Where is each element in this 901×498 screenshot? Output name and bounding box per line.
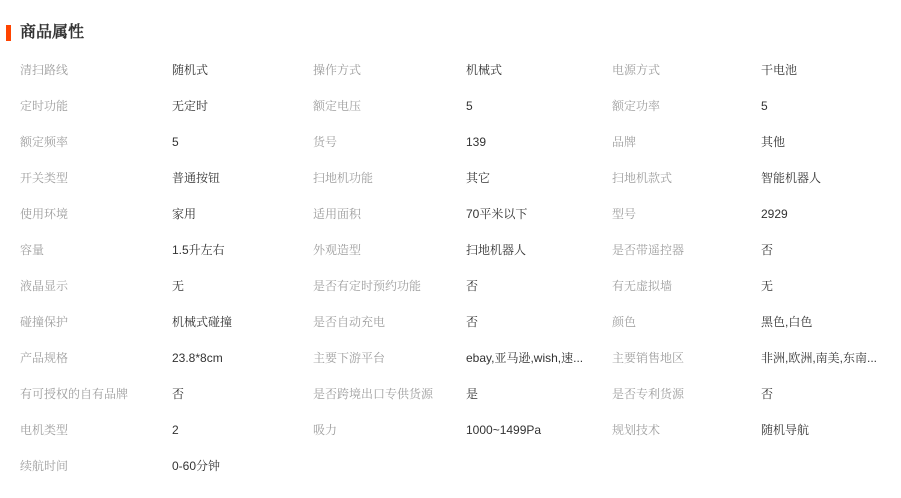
attribute-row: 电源方式干电池 [612, 62, 895, 98]
attribute-label: 型号 [612, 206, 761, 222]
attribute-row: 产品规格23.8*8cm [20, 350, 301, 386]
attribute-row: 有可授权的自有品牌否 [20, 386, 301, 422]
attribute-row: 电机类型2 [20, 422, 301, 458]
attributes-column: 清扫路线随机式定时功能无定时额定频率5开关类型普通按钮使用环境家用容量1.5升左… [20, 62, 301, 494]
attribute-label: 是否有定时预约功能 [313, 278, 466, 294]
attribute-value: 无 [172, 278, 301, 294]
attribute-row: 扫地机功能其它 [313, 170, 600, 206]
attribute-label: 定时功能 [20, 98, 172, 114]
attribute-row: 扫地机款式智能机器人 [612, 170, 895, 206]
attribute-value: 5 [761, 98, 895, 114]
attribute-row: 货号139 [313, 134, 600, 170]
attribute-value: 扫地机器人 [466, 242, 600, 258]
attribute-value: 5 [466, 98, 600, 114]
attribute-row: 颜色黑色,白色 [612, 314, 895, 350]
attribute-value: 2 [172, 422, 301, 438]
attribute-row: 品牌其他 [612, 134, 895, 170]
attribute-label: 是否跨境出口专供货源 [313, 386, 466, 402]
attribute-row: 是否有定时预约功能否 [313, 278, 600, 314]
attribute-label: 电机类型 [20, 422, 172, 438]
section-header: 商品属性 [6, 24, 84, 42]
attribute-row: 规划技术随机导航 [612, 422, 895, 458]
attribute-label: 是否自动充电 [313, 314, 466, 330]
attribute-value: 随机导航 [761, 422, 895, 438]
attribute-label: 主要销售地区 [612, 350, 761, 366]
attribute-value: 1.5升左右 [172, 242, 301, 258]
attribute-value: 23.8*8cm [172, 350, 301, 366]
attribute-label: 使用环境 [20, 206, 172, 222]
attribute-value: 机械式碰撞 [172, 314, 301, 330]
attribute-label: 颜色 [612, 314, 761, 330]
attribute-value: 无定时 [172, 98, 301, 114]
attribute-value: 随机式 [172, 62, 301, 78]
attribute-label: 吸力 [313, 422, 466, 438]
attribute-value: 非洲,欧洲,南美,东南... [761, 350, 895, 366]
attribute-value: 否 [172, 386, 301, 402]
attribute-value: 干电池 [761, 62, 895, 78]
product-attributes-grid: 清扫路线随机式定时功能无定时额定频率5开关类型普通按钮使用环境家用容量1.5升左… [0, 62, 901, 494]
attribute-row: 是否专利货源否 [612, 386, 895, 422]
attribute-label: 容量 [20, 242, 172, 258]
attribute-row: 使用环境家用 [20, 206, 301, 242]
attribute-row: 额定频率5 [20, 134, 301, 170]
attribute-label: 主要下游平台 [313, 350, 466, 366]
attribute-row: 外观造型扫地机器人 [313, 242, 600, 278]
attribute-label: 外观造型 [313, 242, 466, 258]
attribute-value: 黑色,白色 [761, 314, 895, 330]
attribute-row: 液晶显示无 [20, 278, 301, 314]
attribute-value: 是 [466, 386, 600, 402]
attribute-label: 有可授权的自有品牌 [20, 386, 172, 402]
attribute-value: 2929 [761, 206, 895, 222]
attribute-value: 否 [761, 242, 895, 258]
attribute-row: 是否自动充电否 [313, 314, 600, 350]
attribute-value: 否 [761, 386, 895, 402]
attribute-value: 5 [172, 134, 301, 150]
attribute-label: 规划技术 [612, 422, 761, 438]
section-accent-bar [6, 25, 11, 41]
attribute-row: 是否跨境出口专供货源是 [313, 386, 600, 422]
attribute-row: 操作方式机械式 [313, 62, 600, 98]
attribute-row: 是否带遥控器否 [612, 242, 895, 278]
attribute-label: 操作方式 [313, 62, 466, 78]
attribute-value: 否 [466, 278, 600, 294]
attribute-label: 清扫路线 [20, 62, 172, 78]
attribute-value: 其他 [761, 134, 895, 150]
attribute-label: 品牌 [612, 134, 761, 150]
attribute-row: 容量1.5升左右 [20, 242, 301, 278]
attribute-row: 吸力1000~1499Pa [313, 422, 600, 458]
attributes-column: 电源方式干电池额定功率5品牌其他扫地机款式智能机器人型号2929是否带遥控器否有… [612, 62, 895, 458]
attribute-label: 适用面积 [313, 206, 466, 222]
attribute-value: 家用 [172, 206, 301, 222]
attribute-row: 主要销售地区非洲,欧洲,南美,东南... [612, 350, 895, 386]
attribute-row: 开关类型普通按钮 [20, 170, 301, 206]
section-title: 商品属性 [20, 24, 84, 42]
attribute-row: 续航时间0-60分钟 [20, 458, 301, 494]
attribute-label: 额定电压 [313, 98, 466, 114]
attribute-row: 定时功能无定时 [20, 98, 301, 134]
attribute-value: 普通按钮 [172, 170, 301, 186]
attribute-label: 产品规格 [20, 350, 172, 366]
attribute-row: 型号2929 [612, 206, 895, 242]
attribute-value: 139 [466, 134, 600, 150]
attribute-label: 额定频率 [20, 134, 172, 150]
attribute-label: 是否专利货源 [612, 386, 761, 402]
attribute-label: 扫地机款式 [612, 170, 761, 186]
attribute-label: 是否带遥控器 [612, 242, 761, 258]
attribute-value: 1000~1499Pa [466, 422, 600, 438]
attribute-value: 70平米以下 [466, 206, 600, 222]
attribute-value: 无 [761, 278, 895, 294]
attribute-label: 扫地机功能 [313, 170, 466, 186]
attribute-label: 电源方式 [612, 62, 761, 78]
attribute-label: 货号 [313, 134, 466, 150]
attribute-label: 开关类型 [20, 170, 172, 186]
attribute-label: 液晶显示 [20, 278, 172, 294]
attribute-label: 额定功率 [612, 98, 761, 114]
attribute-row: 额定功率5 [612, 98, 895, 134]
attribute-value: ebay,亚马逊,wish,速... [466, 350, 600, 366]
attribute-label: 有无虚拟墙 [612, 278, 761, 294]
attribute-row: 主要下游平台ebay,亚马逊,wish,速... [313, 350, 600, 386]
attribute-row: 适用面积70平米以下 [313, 206, 600, 242]
attribute-row: 有无虚拟墙无 [612, 278, 895, 314]
attribute-row: 清扫路线随机式 [20, 62, 301, 98]
attribute-value: 其它 [466, 170, 600, 186]
attribute-label: 续航时间 [20, 458, 172, 474]
attribute-label: 碰撞保护 [20, 314, 172, 330]
attribute-row: 额定电压5 [313, 98, 600, 134]
attribute-row: 碰撞保护机械式碰撞 [20, 314, 301, 350]
attribute-value: 0-60分钟 [172, 458, 301, 474]
attribute-value: 智能机器人 [761, 170, 895, 186]
attribute-value: 否 [466, 314, 600, 330]
attributes-column: 操作方式机械式额定电压5货号139扫地机功能其它适用面积70平米以下外观造型扫地… [313, 62, 600, 458]
attribute-value: 机械式 [466, 62, 600, 78]
